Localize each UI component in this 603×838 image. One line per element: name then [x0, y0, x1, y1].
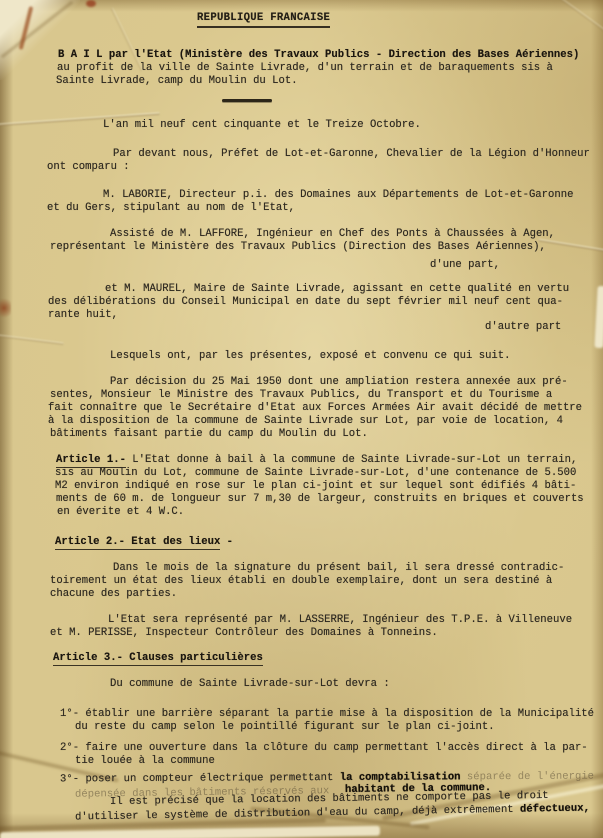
article-1-text: L'Etat donne à bail à la commune de Sain…	[126, 454, 577, 466]
clause-2-line-1: 2°- faire une ouverture dans la clôture …	[60, 742, 588, 755]
document-title: REPUBLIQUE FRANCAISE	[197, 12, 330, 28]
water-note-line-2-bold: défectueux,	[520, 803, 590, 816]
article-1-line-1: Article 1.- L'Etat donne à bail à la com…	[56, 454, 577, 467]
agreement-intro-line: Lesquels ont, par les présentes, exposé …	[110, 350, 511, 363]
lease-heading-line-1: B A I L par l'Etat (Ministère des Travau…	[58, 49, 579, 62]
heading-separator-rule	[222, 99, 272, 102]
etat-lieux-line-3: chacune des parties.	[50, 588, 177, 601]
article-2-title-dash: -	[220, 536, 233, 548]
article-3-heading: Article 3.- Clauses particulières	[53, 652, 263, 665]
representation-line-1: L'Etat sera représenté par M. LASSERRE, …	[108, 614, 572, 627]
paper-rust-stain	[19, 6, 34, 50]
article-1-line-4: ments de 60 m. de longueur sur 7 m,30 de…	[56, 493, 584, 506]
etat-lieux-line-2: toirement un état des lieux établi en do…	[50, 575, 552, 588]
document-title-line: REPUBLIQUE FRANCAISE	[197, 12, 330, 25]
clause-2-line-2: tie louée à la commune	[75, 755, 215, 768]
decision-line-2: sentes, Monsieur le Ministre des Travaux…	[50, 389, 552, 402]
lease-heading-line-3: Sainte Livrade, camp du Moulin du Lot.	[56, 75, 298, 88]
clause-1-line-2: du reste du camp selon le pointillé figu…	[75, 721, 495, 734]
article-1-label: Article 1.-	[56, 454, 126, 468]
prefect-line-2: ont comparu :	[47, 161, 130, 174]
article-1-line-3: M2 environ indiqué en rose sur le plan c…	[55, 480, 576, 493]
paper-rust-stain	[0, 296, 11, 320]
clause-3-lead: 3°- poser un compteur électrique permett…	[60, 772, 340, 785]
article-1-line-5: en éverite et 4 W.C.	[57, 506, 184, 519]
decision-line-3: fait connaître que le Secrétaire d'Etat …	[48, 402, 582, 415]
first-party-mention: d'une part,	[430, 259, 500, 272]
paper-crease	[0, 334, 64, 346]
maurel-line-3: rante huit,	[48, 309, 118, 322]
laffore-line-1: Assisté de M. LAFFORE, Ingénieur en Chef…	[110, 228, 555, 241]
representation-line-2: et M. PERISSE, Inspecteur Contrôleur des…	[50, 627, 438, 640]
laborie-line-2: et du Gers, stipulant au nom de l'Etat,	[47, 202, 295, 215]
paper-edge-sliver	[594, 286, 603, 348]
scanned-lease-document-page: REPUBLIQUE FRANCAISE B A I L par l'Etat …	[0, 0, 603, 838]
article-3-title: Clauses particulières	[123, 652, 263, 666]
paper-crease	[554, 0, 603, 38]
decision-line-1: Par décision du 25 Mai 1950 dont une amp…	[110, 376, 568, 389]
article-2-label: Article 2.-	[55, 536, 125, 550]
etat-lieux-line-1: Dans le mois de la signature du présent …	[113, 562, 564, 575]
article-2-heading: Article 2.- Etat des lieux -	[55, 536, 233, 549]
commune-obligations-intro: Du commune de Sainte Livrade-sur-Lot dev…	[110, 678, 390, 691]
clause-1-line-1: 1°- établir une barrière séparant la par…	[60, 708, 594, 721]
decision-line-4: à la disposition de la commune de Sainte…	[48, 415, 563, 428]
clause-3-line-1: 3°- poser un compteur électrique permett…	[60, 771, 594, 787]
maurel-line-2: des délibérations du Conseil Municipal e…	[48, 296, 563, 309]
laborie-line-1: M. LABORIE, Directeur p.i. des Domaines …	[103, 189, 573, 202]
maurel-line-1: et M. MAUREL, Maire de Sainte Livrade, a…	[105, 283, 569, 296]
prefect-line-1: Par devant nous, Préfet de Lot-et-Garonn…	[113, 148, 590, 161]
paper-bottom-edge-light	[0, 826, 380, 838]
decision-line-5: bâtiments faisant partie du camp du Moul…	[50, 428, 368, 441]
laffore-line-2: représentant le Ministère des Travaux Pu…	[50, 241, 546, 254]
paper-rust-speck	[86, 0, 96, 7]
article-3-label: Article 3.-	[53, 652, 123, 666]
lease-heading-line-2: au profit de la ville de Sainte Livrade,…	[57, 62, 553, 75]
second-party-mention: d'autre part	[485, 321, 561, 334]
article-2-title: Etat des lieux	[125, 536, 220, 550]
article-1-line-2: sis au Moulin du Lot, commune de Sainte …	[55, 467, 576, 480]
date-line: L'an mil neuf cent cinquante et le Treiz…	[103, 119, 421, 132]
